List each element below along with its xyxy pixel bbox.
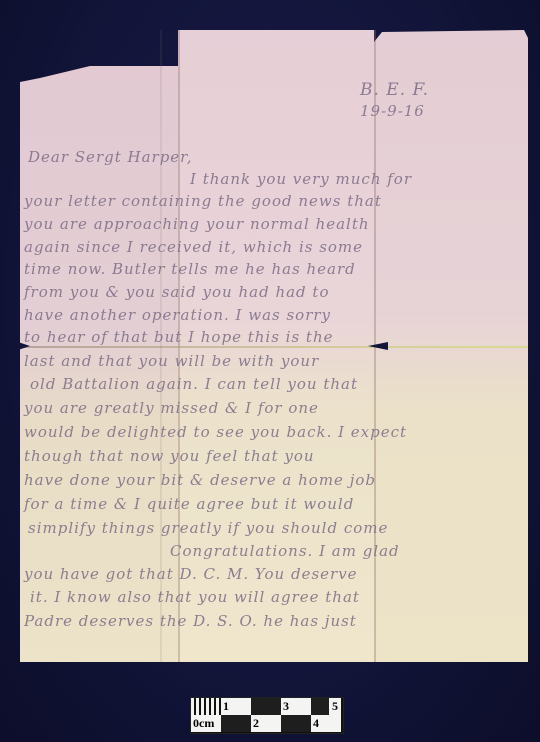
- letter-line: I thank you very much for: [190, 170, 412, 188]
- letter-line: again since I received it, which is some: [24, 238, 363, 256]
- scale-segment: 5: [311, 698, 341, 715]
- letter-line: from you & you said you had had to: [24, 283, 329, 301]
- letter-line: would be delighted to see you back. I ex…: [24, 423, 407, 441]
- scale-label-5: 5: [329, 698, 341, 715]
- letter-line: have done your bit & deserve a home job: [24, 471, 376, 489]
- letter-line: though that now you feel that you: [24, 447, 315, 465]
- scale-ticks: [191, 698, 221, 715]
- scale-label-4: 4: [311, 715, 341, 732]
- scale-label-1: 1: [221, 698, 251, 715]
- horizontal-fold: [20, 346, 528, 348]
- letter-line: for a time & I quite agree but it would: [24, 495, 354, 513]
- scale-segment: [251, 698, 281, 715]
- letter-line: last and that you will be with your: [24, 352, 319, 370]
- scale-label-2: 2: [251, 715, 281, 732]
- letter-line: it. I know also that you will agree that: [30, 588, 360, 606]
- letter-line: simplify things greatly if you should co…: [28, 519, 388, 537]
- scale-label-3: 3: [281, 698, 311, 715]
- letter-salutation: Dear Sergt Harper,: [28, 148, 192, 166]
- letter-location: B. E. F.: [360, 80, 429, 100]
- letter-line: Congratulations. I am glad: [170, 542, 400, 560]
- letter-line: time now. Butler tells me he has heard: [24, 260, 356, 278]
- letter-line: you are approaching your normal health: [24, 215, 370, 233]
- letter-paper: B. E. F. 19-9-16 Dear Sergt Harper, I th…: [20, 30, 528, 662]
- tear-middle: [368, 342, 388, 350]
- scale-segment: [221, 715, 251, 732]
- letter-line: Padre deserves the D. S. O. he has just: [24, 612, 357, 630]
- scale-segment: [281, 715, 311, 732]
- letter-line: have another operation. I was sorry: [24, 306, 331, 324]
- scale-label-0cm: 0cm: [191, 715, 221, 732]
- letter-line: to hear of that but I hope this is the: [24, 328, 334, 346]
- letter-line: you are greatly missed & I for one: [24, 399, 319, 417]
- letter-line: old Battalion again. I can tell you that: [30, 375, 358, 393]
- letter-date: 19-9-16: [360, 102, 425, 120]
- letter-line: your letter containing the good news tha…: [24, 192, 382, 210]
- letter-line: you have got that D. C. M. You deserve: [24, 565, 358, 583]
- scale-bar: 1 3 5 0cm 2 4: [190, 697, 344, 734]
